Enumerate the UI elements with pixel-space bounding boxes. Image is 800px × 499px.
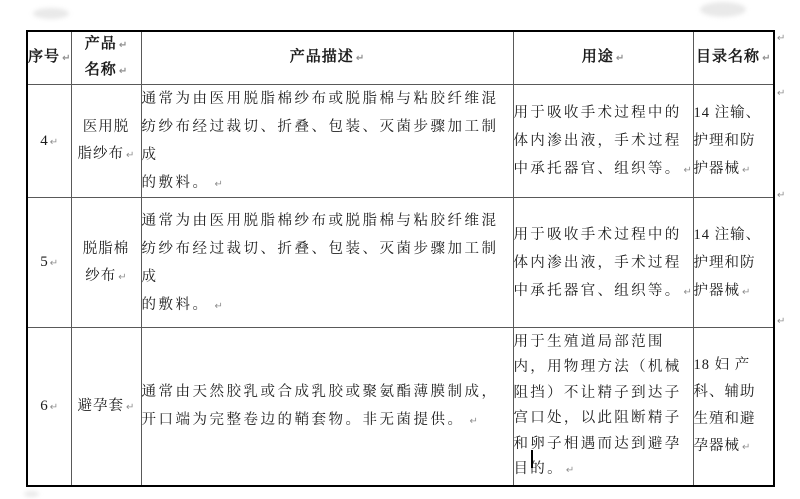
cell-row6-catalog[interactable]: 18 妇 产 科、辅助 生殖和避 孕器械↵ xyxy=(693,328,774,486)
cell-row4-usage[interactable]: 用于吸收手术过程中的 体内渗出液，手术过程 中承托器官、组织等。↵ xyxy=(513,85,693,198)
header-cell-usage[interactable]: 用途↵ xyxy=(513,31,693,85)
paragraph-mark-icon: ↵ xyxy=(742,165,750,176)
scan-smudge xyxy=(700,2,746,17)
product-description: 通常由天然胶乳或合成乳胶或聚氨酯薄膜制成， 开口端为完整卷边的鞘套物。非无菌提供… xyxy=(142,384,499,428)
row-end-mark-icon: ↵ xyxy=(777,88,785,99)
paragraph-mark-icon: ↵ xyxy=(215,179,223,190)
scan-smudge xyxy=(33,8,69,19)
header-cell-description[interactable]: 产品描述↵ xyxy=(141,31,513,85)
header-cell-no[interactable]: 序号↵ xyxy=(27,31,71,85)
paragraph-mark-icon: ↵ xyxy=(126,150,134,161)
table-row: 5↵ 脱脂棉 纱布↵ 通常为由医用脱脂棉纱布或脱脂棉与粘胶纤维混 纺纱布经过裁切… xyxy=(27,198,774,328)
product-usage: 用于生殖道局部范围 内，用物理方法（机械 阻挡）不让精子到达子 宫口处，以此阻断… xyxy=(514,334,682,478)
paragraph-mark-icon: ↵ xyxy=(742,442,750,453)
row-number: 5 xyxy=(40,254,48,270)
product-name: 医用脱 脂纱布 xyxy=(78,119,130,162)
paragraph-mark-icon: ↵ xyxy=(762,53,770,64)
header-catalog-label: 目录名称 xyxy=(696,49,760,65)
paragraph-mark-icon: ↵ xyxy=(356,53,364,64)
scan-smudge xyxy=(24,491,39,497)
table-row: 6↵ 避孕套↵ 通常由天然胶乳或合成乳胶或聚氨酯薄膜制成， 开口端为完整卷边的鞘… xyxy=(27,328,774,486)
catalog-name: 18 妇 产 科、辅助 生殖和避 孕器械 xyxy=(694,357,756,454)
cell-row5-name[interactable]: 脱脂棉 纱布↵ xyxy=(71,198,141,328)
header-no-label: 序号 xyxy=(28,49,60,65)
paragraph-mark-icon: ↵ xyxy=(50,137,58,148)
cell-row4-description[interactable]: 通常为由医用脱脂棉纱布或脱脂棉与粘胶纤维混 纺纱布经过裁切、折叠、包装、灭菌步骤… xyxy=(141,85,513,198)
paragraph-mark-icon: ↵ xyxy=(62,53,70,64)
cell-row4-catalog[interactable]: 14 注输、 护理和防 护器械↵ xyxy=(693,85,774,198)
catalog-name: 14 注输、 护理和防 护器械 xyxy=(694,227,762,299)
paragraph-mark-icon: ↵ xyxy=(470,416,478,427)
product-catalog-table: 序号↵ 产品↵ 名称↵ 产品描述↵ 用途↵ 目录名称↵ 4↵ 医用脱 脂纱布↵ xyxy=(26,30,775,487)
table-row: 4↵ 医用脱 脂纱布↵ 通常为由医用脱脂棉纱布或脱脂棉与粘胶纤维混 纺纱布经过裁… xyxy=(27,85,774,198)
document-page: 序号↵ 产品↵ 名称↵ 产品描述↵ 用途↵ 目录名称↵ 4↵ 医用脱 脂纱布↵ xyxy=(0,0,800,499)
header-cell-name[interactable]: 产品↵ 名称↵ xyxy=(71,31,141,85)
paragraph-mark-icon: ↵ xyxy=(119,40,127,51)
product-description: 通常为由医用脱脂棉纱布或脱脂棉与粘胶纤维混 纺纱布经过裁切、折叠、包装、灭菌步骤… xyxy=(142,91,499,191)
cell-row6-usage[interactable]: 用于生殖道局部范围 内，用物理方法（机械 阻挡）不让精子到达子 宫口处，以此阻断… xyxy=(513,328,693,486)
header-cell-catalog[interactable]: 目录名称↵ xyxy=(693,31,774,85)
row-number: 6 xyxy=(40,398,48,414)
paragraph-mark-icon: ↵ xyxy=(684,165,692,176)
cell-row4-name[interactable]: 医用脱 脂纱布↵ xyxy=(71,85,141,198)
header-name-label-line2: 名称 xyxy=(85,62,117,78)
cell-row5-no[interactable]: 5↵ xyxy=(27,198,71,328)
text-caret xyxy=(531,450,533,468)
catalog-name: 14 注输、 护理和防 护器械 xyxy=(694,105,762,177)
paragraph-mark-icon: ↵ xyxy=(50,258,58,269)
product-usage: 用于吸收手术过程中的 体内渗出液，手术过程 中承托器官、组织等。 xyxy=(514,105,682,177)
row-number: 4 xyxy=(40,133,48,149)
cell-row5-catalog[interactable]: 14 注输、 护理和防 护器械↵ xyxy=(693,198,774,328)
product-name: 避孕套 xyxy=(78,398,125,414)
paragraph-mark-icon: ↵ xyxy=(742,287,750,298)
paragraph-mark-icon: ↵ xyxy=(684,287,692,298)
cell-row6-name[interactable]: 避孕套↵ xyxy=(71,328,141,486)
row-end-mark-icon: ↵ xyxy=(777,190,785,201)
cell-row5-description[interactable]: 通常为由医用脱脂棉纱布或脱脂棉与粘胶纤维混 纺纱布经过裁切、折叠、包装、灭菌步骤… xyxy=(141,198,513,328)
cell-row4-no[interactable]: 4↵ xyxy=(27,85,71,198)
paragraph-mark-icon: ↵ xyxy=(215,301,223,312)
header-row: 序号↵ 产品↵ 名称↵ 产品描述↵ 用途↵ 目录名称↵ xyxy=(27,31,774,85)
header-usage-label: 用途 xyxy=(582,49,614,65)
paragraph-mark-icon: ↵ xyxy=(118,272,126,283)
paragraph-mark-icon: ↵ xyxy=(616,53,624,64)
paragraph-mark-icon: ↵ xyxy=(126,402,134,413)
paragraph-mark-icon: ↵ xyxy=(566,465,574,476)
cell-row6-no[interactable]: 6↵ xyxy=(27,328,71,486)
cell-row5-usage[interactable]: 用于吸收手术过程中的 体内渗出液，手术过程 中承托器官、组织等。↵ xyxy=(513,198,693,328)
header-name-label-line1: 产品 xyxy=(85,36,117,52)
product-description: 通常为由医用脱脂棉纱布或脱脂棉与粘胶纤维混 纺纱布经过裁切、折叠、包装、灭菌步骤… xyxy=(142,213,499,313)
cell-row6-description[interactable]: 通常由天然胶乳或合成乳胶或聚氨酯薄膜制成， 开口端为完整卷边的鞘套物。非无菌提供… xyxy=(141,328,513,486)
product-usage: 用于吸收手术过程中的 体内渗出液，手术过程 中承托器官、组织等。 xyxy=(514,227,682,299)
row-end-mark-icon: ↵ xyxy=(777,316,785,327)
row-end-mark-icon: ↵ xyxy=(777,33,785,44)
header-description-label: 产品描述 xyxy=(290,49,354,65)
paragraph-mark-icon: ↵ xyxy=(50,402,58,413)
paragraph-mark-icon: ↵ xyxy=(119,66,127,77)
